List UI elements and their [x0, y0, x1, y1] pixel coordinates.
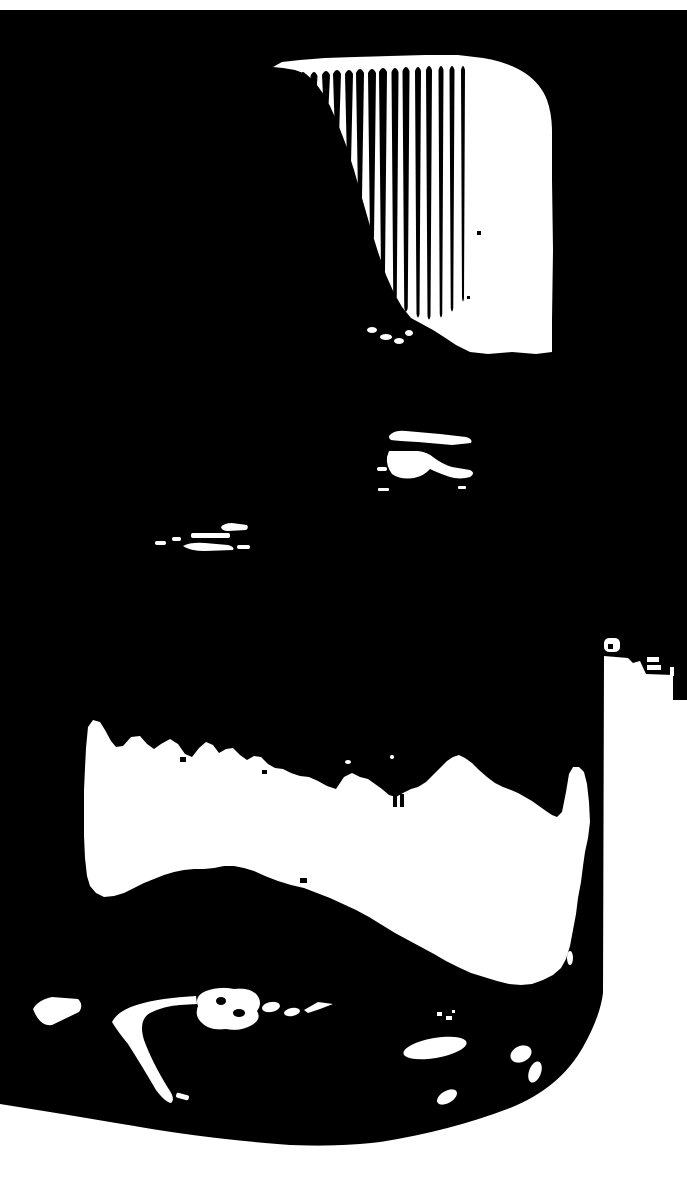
powder-edge-bump-1	[568, 774, 576, 790]
powder-edge-bump-2	[567, 951, 573, 965]
powder-dot-above-2	[390, 755, 394, 759]
cap-fleck-3	[394, 338, 404, 344]
base-speck-pair-3	[452, 1010, 455, 1013]
binarized-bottle-screenshot	[0, 0, 687, 1183]
base-cluster-hole-2	[233, 1009, 245, 1017]
shoulder-dot-1	[155, 541, 166, 545]
top-edge-strip	[0, 0, 687, 10]
column-top-dash	[670, 667, 674, 676]
powder-dot-above-1	[345, 760, 351, 764]
background	[0, 0, 687, 1183]
powder-band-notch-2	[400, 794, 404, 807]
cap-speck-dark-2	[467, 296, 470, 299]
neck-glint-dash-2	[378, 488, 389, 491]
column-top-bar-1	[647, 657, 659, 662]
powder-band-notch-1	[393, 794, 397, 807]
powder-band-speck-3	[300, 878, 307, 883]
shoulder-streak-2	[191, 533, 230, 538]
figure-svg	[0, 0, 687, 1183]
column-top-bar-2	[647, 665, 661, 670]
base-speck-pair-2	[446, 1016, 452, 1020]
shoulder-streak-4	[237, 545, 250, 549]
cap-fleck-4	[405, 330, 413, 336]
cap-fleck-1	[367, 327, 377, 333]
cap-fleck-2	[380, 334, 392, 340]
base-speck-pair-1	[437, 1012, 442, 1016]
column-top-blob-hole	[608, 644, 613, 649]
powder-band-speck-1	[180, 757, 186, 762]
shoulder-dot-2	[172, 537, 181, 541]
base-reflection-cluster	[197, 988, 260, 1030]
base-cluster-hole-1	[216, 997, 226, 1005]
neck-glint-dash-1	[377, 467, 387, 471]
cap-speck-dark-1	[477, 231, 481, 235]
neck-glint-dash-3	[458, 486, 466, 489]
powder-band-speck-2	[262, 770, 267, 774]
